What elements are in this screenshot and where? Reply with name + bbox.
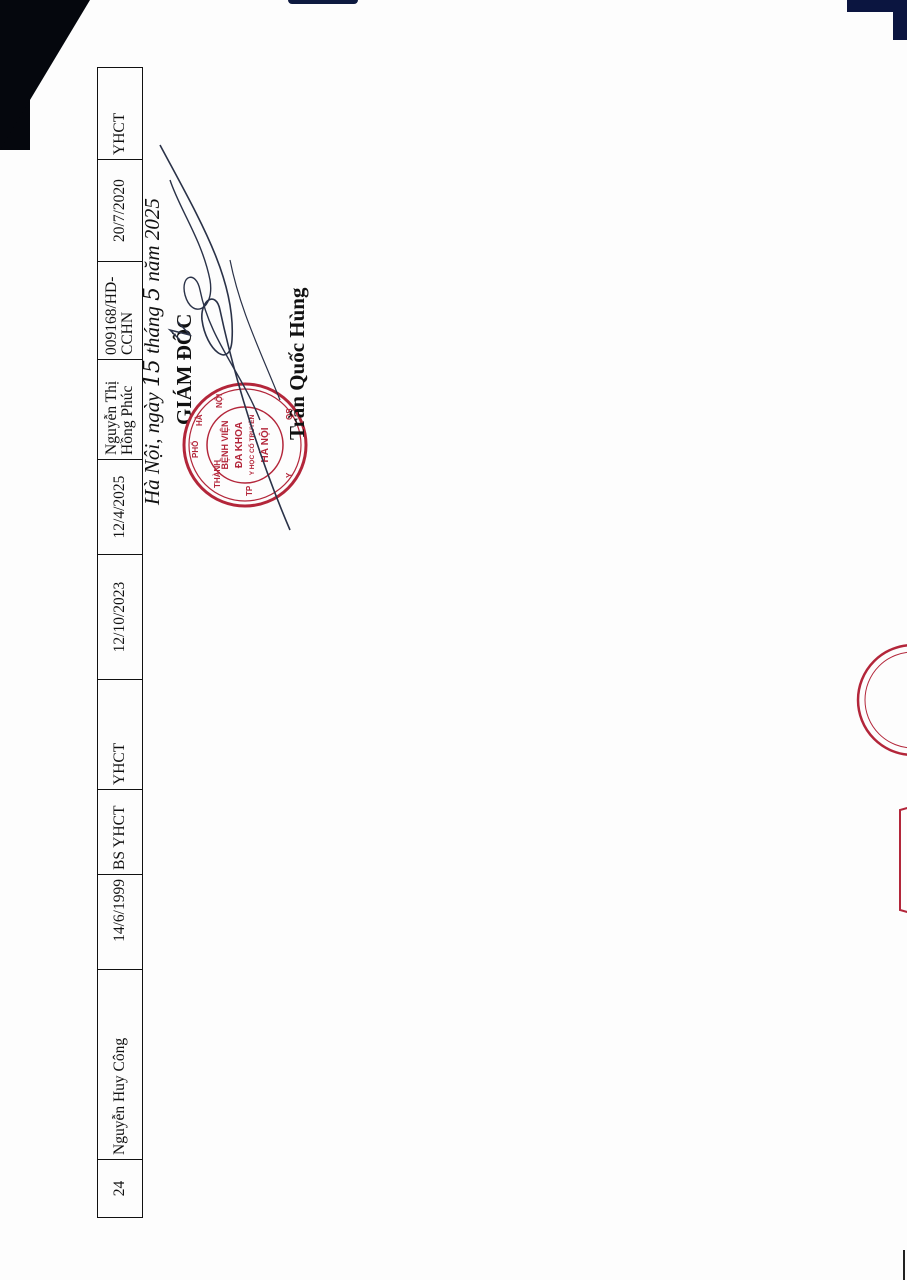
cell-dob: 14/6/1999: [98, 875, 143, 970]
cell-degree: BS YHCT: [98, 790, 143, 875]
table-row: 24 Nguyễn Huy Công 14/6/1999 BS YHCT YHC…: [98, 68, 143, 1218]
cell-supervisor: Nguyễn Thị Hồng Phúc: [98, 360, 143, 460]
cell-stt: 24: [98, 1160, 143, 1218]
partial-stamp-icon: [855, 640, 907, 760]
signer-name: Trần Quốc Hùng: [285, 288, 310, 440]
partial-stamp-icon-2: [880, 800, 907, 920]
cell-decision-date: 12/4/2025: [98, 460, 143, 555]
cell-issue-date: 12/10/2023: [98, 555, 143, 680]
rotated-document: 24 Nguyễn Huy Công 14/6/1999 BS YHCT YHC…: [0, 0, 907, 1280]
cell-practice-scope: YHCT: [98, 68, 143, 160]
cell-license-date: 20/7/2020: [98, 160, 143, 262]
staff-table: 24 Nguyễn Huy Công 14/6/1999 BS YHCT YHC…: [97, 67, 143, 1218]
cell-specialty: YHCT: [98, 680, 143, 790]
cell-name: Nguyễn Huy Công: [98, 970, 143, 1160]
cell-license-no: 009168/HD-CCHN: [98, 262, 143, 360]
handwritten-signature-icon: [140, 140, 300, 540]
